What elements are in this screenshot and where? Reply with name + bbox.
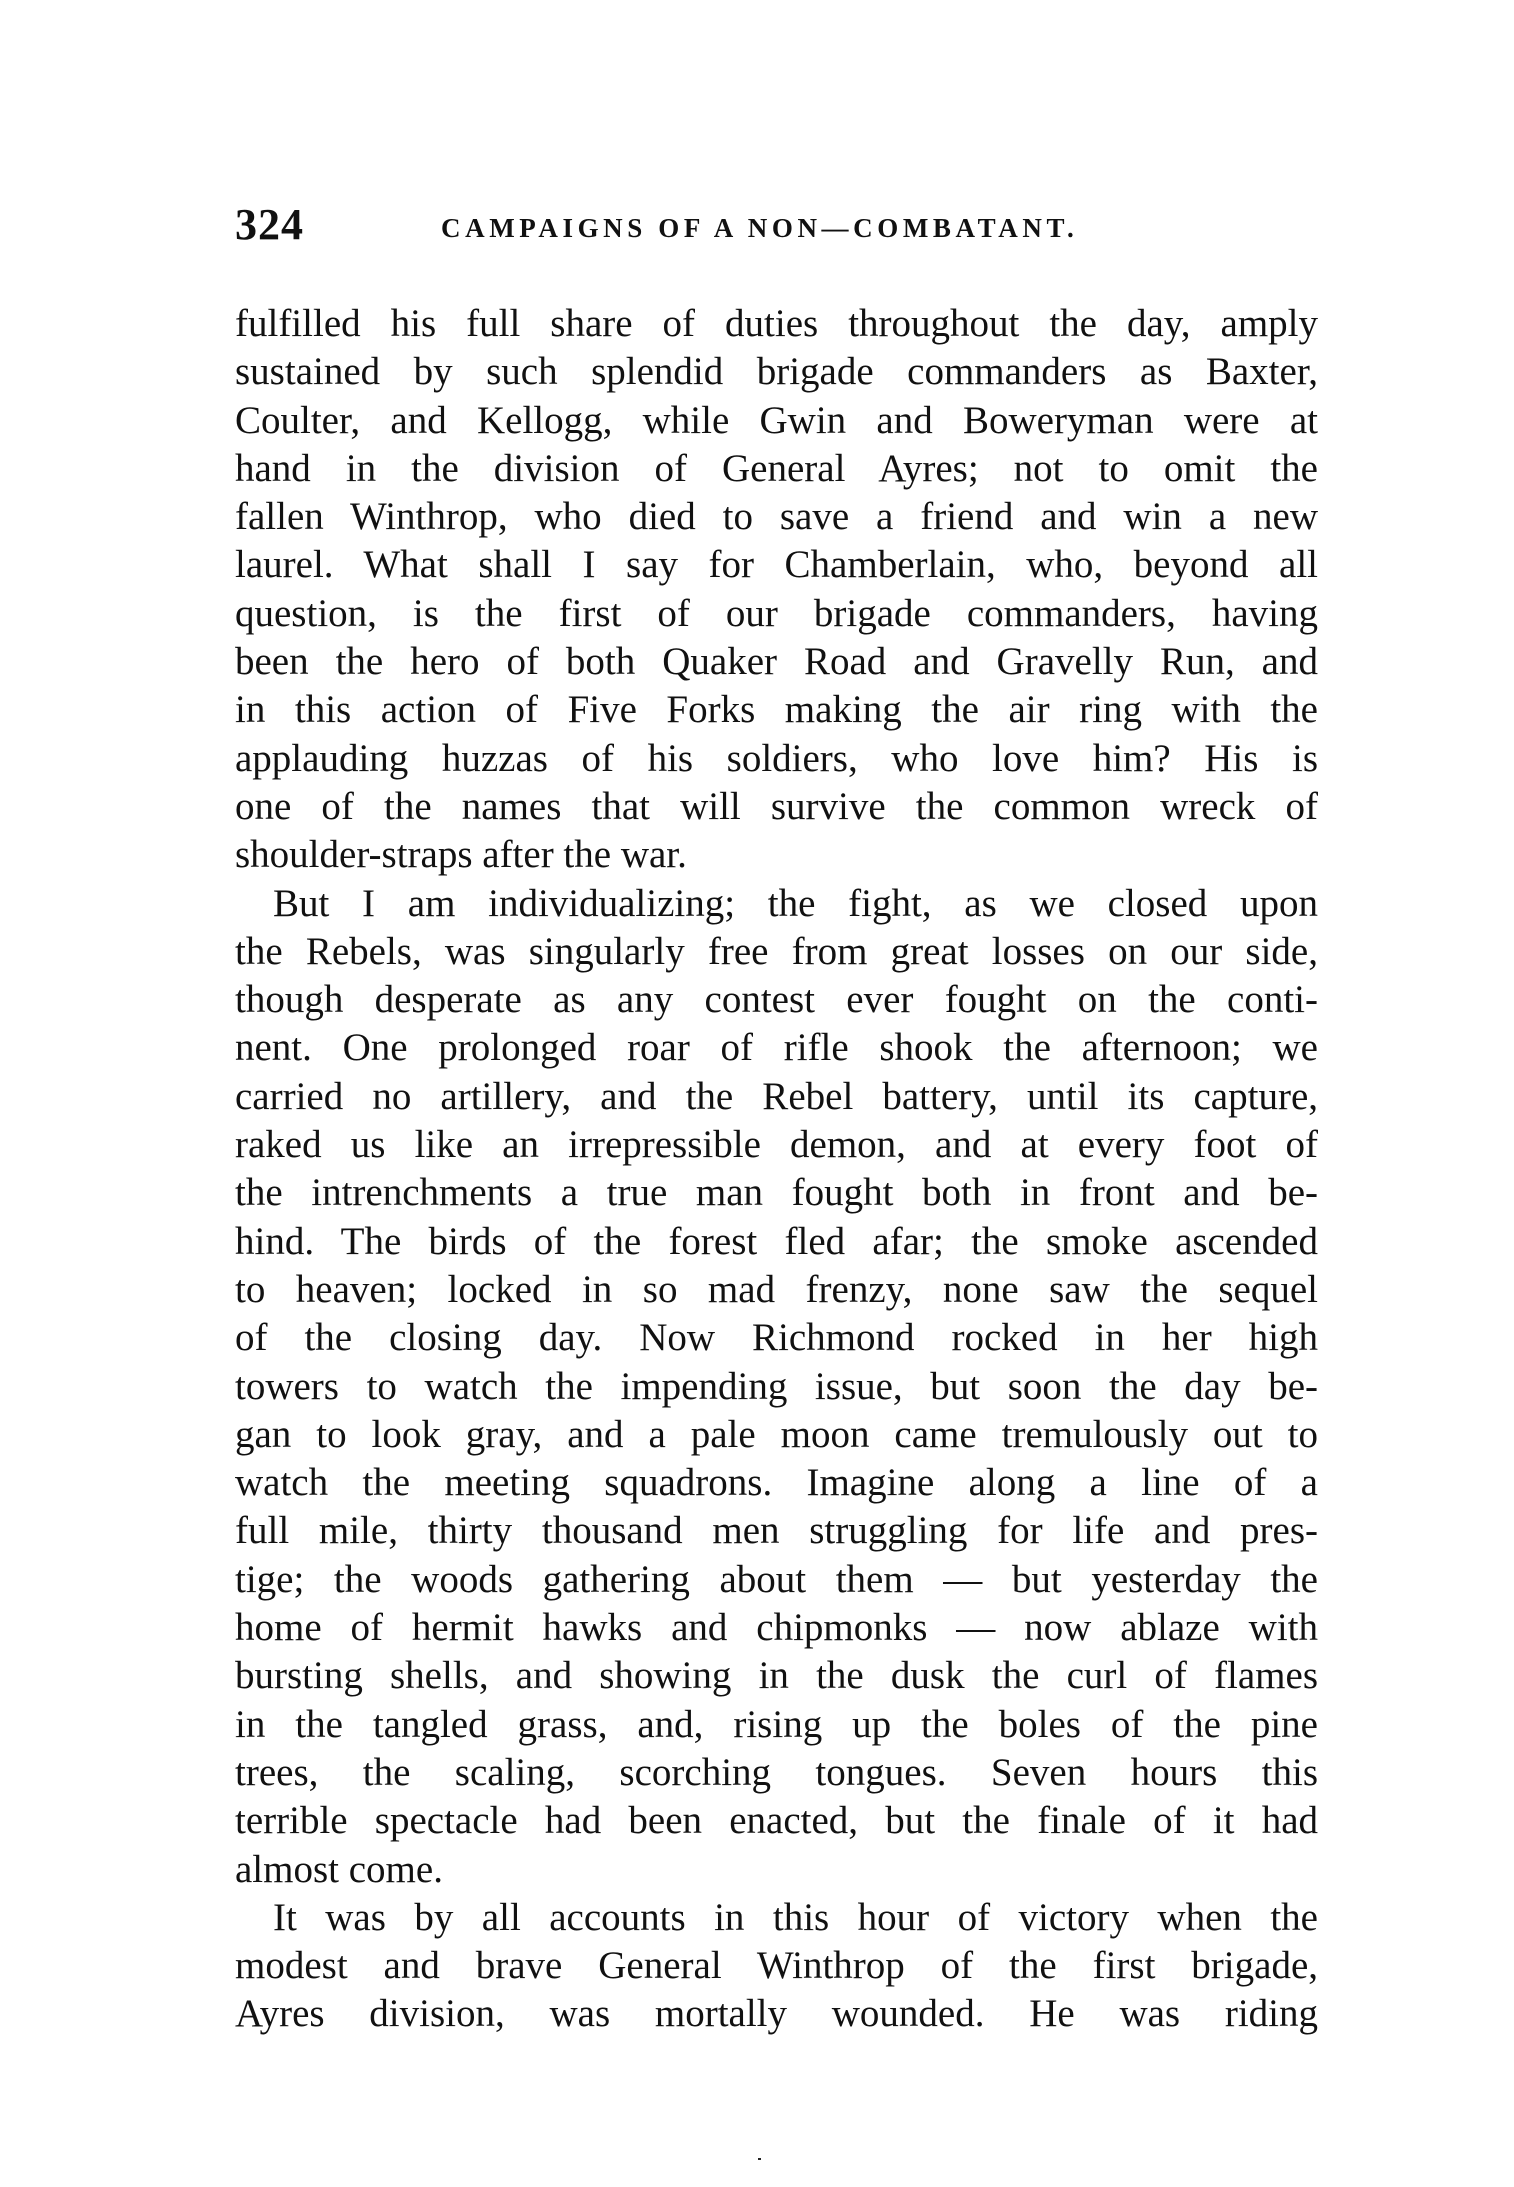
text-line: bursting shells, and showing in the dusk… bbox=[235, 1652, 1318, 1700]
text-line: It was by all accounts in this hour of v… bbox=[235, 1894, 1318, 1942]
text-line: gan to look gray, and a pale moon came t… bbox=[235, 1411, 1318, 1459]
text-line: almost come. bbox=[235, 1846, 1318, 1894]
text-line: watch the meeting squadrons. Imagine alo… bbox=[235, 1459, 1318, 1507]
scan-artifact-dot bbox=[758, 2158, 761, 2160]
text-line: applauding huzzas of his soldiers, who l… bbox=[235, 735, 1318, 783]
text-line: full mile, thirty thousand men strugglin… bbox=[235, 1507, 1318, 1555]
text-line: the Rebels, was singularly free from gre… bbox=[235, 928, 1318, 976]
text-line: laurel. What shall I say for Chamberlain… bbox=[235, 541, 1318, 589]
text-line: though desperate as any contest ever fou… bbox=[235, 976, 1318, 1024]
text-line: to heaven; locked in so mad frenzy, none… bbox=[235, 1266, 1318, 1314]
text-line: hand in the division of General Ayres; n… bbox=[235, 445, 1318, 493]
paragraph-2: But I am individualizing; the fight, as … bbox=[235, 880, 1318, 1894]
text-line: carried no artillery, and the Rebel batt… bbox=[235, 1073, 1318, 1121]
running-title: CAMPAIGNS OF A NON—COMBATANT. bbox=[441, 208, 1078, 248]
running-header: 324 CAMPAIGNS OF A NON—COMBATANT. bbox=[235, 200, 1318, 250]
text-line: the intrenchments a true man fought both… bbox=[235, 1169, 1318, 1217]
text-line: tige; the woods gathering about them — b… bbox=[235, 1556, 1318, 1604]
book-page: 324 CAMPAIGNS OF A NON—COMBATANT. fulfil… bbox=[0, 0, 1514, 2187]
text-line: shoulder-straps after the war. bbox=[235, 831, 1318, 879]
text-line: trees, the scaling, scorching tongues. S… bbox=[235, 1749, 1318, 1797]
text-line: been the hero of both Quaker Road and Gr… bbox=[235, 638, 1318, 686]
text-line: fulfilled his full share of duties throu… bbox=[235, 300, 1318, 348]
text-line: question, is the first of our brigade co… bbox=[235, 590, 1318, 638]
page-number: 324 bbox=[235, 200, 304, 250]
text-line: terrible spectacle had been enacted, but… bbox=[235, 1797, 1318, 1845]
text-line: one of the names that will survive the c… bbox=[235, 783, 1318, 831]
text-line: in the tangled grass, and, rising up the… bbox=[235, 1701, 1318, 1749]
text-line: fallen Winthrop, who died to save a frie… bbox=[235, 493, 1318, 541]
text-line: of the closing day. Now Richmond rocked … bbox=[235, 1314, 1318, 1362]
text-line: hind. The birds of the forest fled afar;… bbox=[235, 1218, 1318, 1266]
body-text: fulfilled his full share of duties throu… bbox=[235, 300, 1318, 2039]
paragraph-3: It was by all accounts in this hour of v… bbox=[235, 1894, 1318, 2039]
text-line: Ayres division, was mortally wounded. He… bbox=[235, 1990, 1318, 2038]
text-line: home of hermit hawks and chipmonks — now… bbox=[235, 1604, 1318, 1652]
text-line: modest and brave General Winthrop of the… bbox=[235, 1942, 1318, 1990]
text-line: Coulter, and Kellogg, while Gwin and Bow… bbox=[235, 397, 1318, 445]
paragraph-1: fulfilled his full share of duties throu… bbox=[235, 300, 1318, 880]
text-line: But I am individualizing; the fight, as … bbox=[235, 880, 1318, 928]
text-line: nent. One prolonged roar of rifle shook … bbox=[235, 1024, 1318, 1072]
text-line: sustained by such splendid brigade comma… bbox=[235, 348, 1318, 396]
text-line: raked us like an irrepressible demon, an… bbox=[235, 1121, 1318, 1169]
text-line: towers to watch the impending issue, but… bbox=[235, 1363, 1318, 1411]
text-line: in this action of Five Forks making the … bbox=[235, 686, 1318, 734]
